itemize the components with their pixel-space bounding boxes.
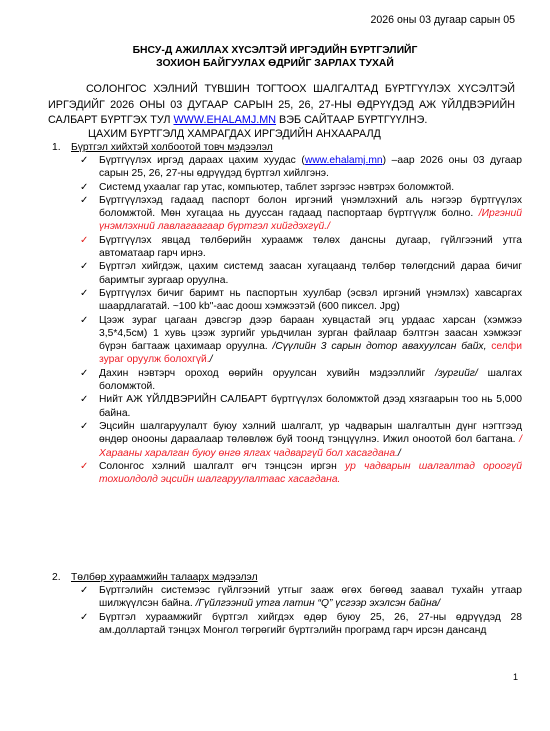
checkmark-icon: ✓ <box>80 194 88 207</box>
intro-paragraph: СОЛОНГОС ХЭЛНИЙ ТҮВШИН ТОГТООХ ШАЛГАЛТАД… <box>48 82 515 129</box>
section-heading: 2. Төлбөр хураамжийн талаарх мэдээлэл <box>52 571 522 584</box>
item-text: Солонгос хэлний шалгалт өгч тэнцсэн иргэ… <box>99 461 345 472</box>
list-item: ✓ Бүртгүүлэх бичиг баримт нь паспортын х… <box>80 287 522 314</box>
note-text: /Сүүлийн 3 сарын дотор авахуулсан байх, <box>272 341 491 352</box>
item-text: Бүртгүүлэх бичиг баримт нь паспортын хуу… <box>99 288 522 312</box>
page-number: 1 <box>513 672 518 682</box>
checkmark-icon: ✓ <box>80 154 88 167</box>
item-text: Системд ухаалаг гар утас, компьютер, таб… <box>99 182 454 193</box>
intro-website-link[interactable]: WWW.EHALAMJ.MN <box>173 114 276 126</box>
checkmark-icon: ✓ <box>80 460 88 473</box>
list-item: ✓ Эцсийн шалгаруулалт буюу хэлний шалгал… <box>80 420 522 460</box>
list-item: ✓ Цээж зураг цагаан дэвсгэр дээр бараан … <box>80 314 522 367</box>
section-number: 1. <box>52 141 71 154</box>
note-text: / <box>210 354 213 365</box>
list-item: ✓ Бүртгэлийн системээс гүйлгээний утгыг … <box>80 584 522 611</box>
checkmark-icon: ✓ <box>80 260 88 273</box>
checkmark-icon: ✓ <box>80 314 88 327</box>
title-line-2: ЗОХИОН БАЙГУУЛАХ ӨДРИЙГ ЗАРЛАХ ТУХАЙ <box>0 57 550 70</box>
item-text: Эцсийн шалгаруулалт буюу хэлний шалгалт,… <box>99 421 522 445</box>
item-text: Бүртгэл хураамжийг бүртгэл хийгдэх өдөр … <box>99 612 522 636</box>
checkmark-icon: ✓ <box>80 584 88 597</box>
section-number: 2. <box>52 571 71 584</box>
item-text: Бүртгүүлэх явцад төлбөрийн хураамж төлөх… <box>99 235 522 259</box>
item-text: Бүртгэл хийгдэж, цахим системд заасан ху… <box>99 261 522 285</box>
document-date: 2026 оны 03 дугаар сарын 05 <box>370 14 515 26</box>
list-item: ✓ Бүртгүүлэхэд гадаад паспорт болон иргэ… <box>80 194 522 234</box>
section-heading: 1. Бүртгэл хийхтэй холбоотой товч мэдээл… <box>52 141 522 154</box>
section-1-list: ✓ Бүртгүүлэх иргэд дараах цахим хуудас (… <box>52 154 522 486</box>
list-item: ✓ Нийт АЖ ҮЙЛДВЭРИЙН САЛБАРТ бүртгүүлэх … <box>80 393 522 420</box>
section-2: 2. Төлбөр хураамжийн талаарх мэдээлэл ✓ … <box>52 571 522 637</box>
note-text: / <box>398 448 401 459</box>
note-text: /зургийг/ <box>435 368 478 379</box>
list-item: ✓ Солонгос хэлний шалгалт өгч тэнцсэн ир… <box>80 460 522 487</box>
list-item: ✓ Бүртгүүлэх явцад төлбөрийн хураамж төл… <box>80 234 522 261</box>
item-text: Нийт АЖ ҮЙЛДВЭРИЙН САЛБАРТ бүртгүүлэх бо… <box>99 394 522 418</box>
item-text: Бүртгүүлэхэд гадаад паспорт болон иргэни… <box>99 195 522 219</box>
section-1: 1. Бүртгэл хийхтэй холбоотой товч мэдээл… <box>52 141 522 486</box>
checkmark-icon: ✓ <box>80 611 88 624</box>
list-item: ✓ Бүртгүүлэх иргэд дараах цахим хуудас (… <box>80 154 522 181</box>
checkmark-icon: ✓ <box>80 181 88 194</box>
section-title: Бүртгэл хийхтэй холбоотой товч мэдээлэл <box>71 141 273 154</box>
checkmark-icon: ✓ <box>80 287 88 300</box>
list-item: ✓ Дахин нэвтэрч ороход өөрийн оруулсан х… <box>80 367 522 394</box>
subheading: ЦАХИМ БҮРТГЭЛД ХАМРАГДАХ ИРГЭДИЙН АНХААР… <box>88 128 381 140</box>
section-title: Төлбөр хураамжийн талаарх мэдээлэл <box>71 571 258 584</box>
intro-text-2: ВЭБ САЙТААР БҮРТГҮҮЛНЭ. <box>276 114 427 126</box>
checkmark-icon: ✓ <box>80 393 88 406</box>
item-text: Бүртгүүлэх иргэд дараах цахим хуудас ( <box>99 155 305 166</box>
list-item: ✓ Системд ухаалаг гар утас, компьютер, т… <box>80 181 522 194</box>
list-item: ✓ Бүртгэл хийгдэж, цахим системд заасан … <box>80 260 522 287</box>
note-text: /Гүйлгээний утга латин “Q” үсгээр эхэлсэ… <box>196 598 441 609</box>
checkmark-icon: ✓ <box>80 367 88 380</box>
list-item: ✓ Бүртгэл хураамжийг бүртгэл хийгдэх өдө… <box>80 611 522 638</box>
document-title: БНСУ-Д АЖИЛЛАХ ХҮСЭЛТЭЙ ИРГЭДИЙН БҮРТГЭЛ… <box>0 44 550 70</box>
checkmark-icon: ✓ <box>80 420 88 433</box>
checkmark-icon: ✓ <box>80 234 88 247</box>
title-line-1: БНСУ-Д АЖИЛЛАХ ХҮСЭЛТЭЙ ИРГЭДИЙН БҮРТГЭЛ… <box>0 44 550 57</box>
item-text: Дахин нэвтэрч ороход өөрийн оруулсан хув… <box>99 368 435 379</box>
section-2-list: ✓ Бүртгэлийн системээс гүйлгээний утгыг … <box>52 584 522 637</box>
ehalamj-link[interactable]: www.ehalamj.mn <box>305 155 383 166</box>
